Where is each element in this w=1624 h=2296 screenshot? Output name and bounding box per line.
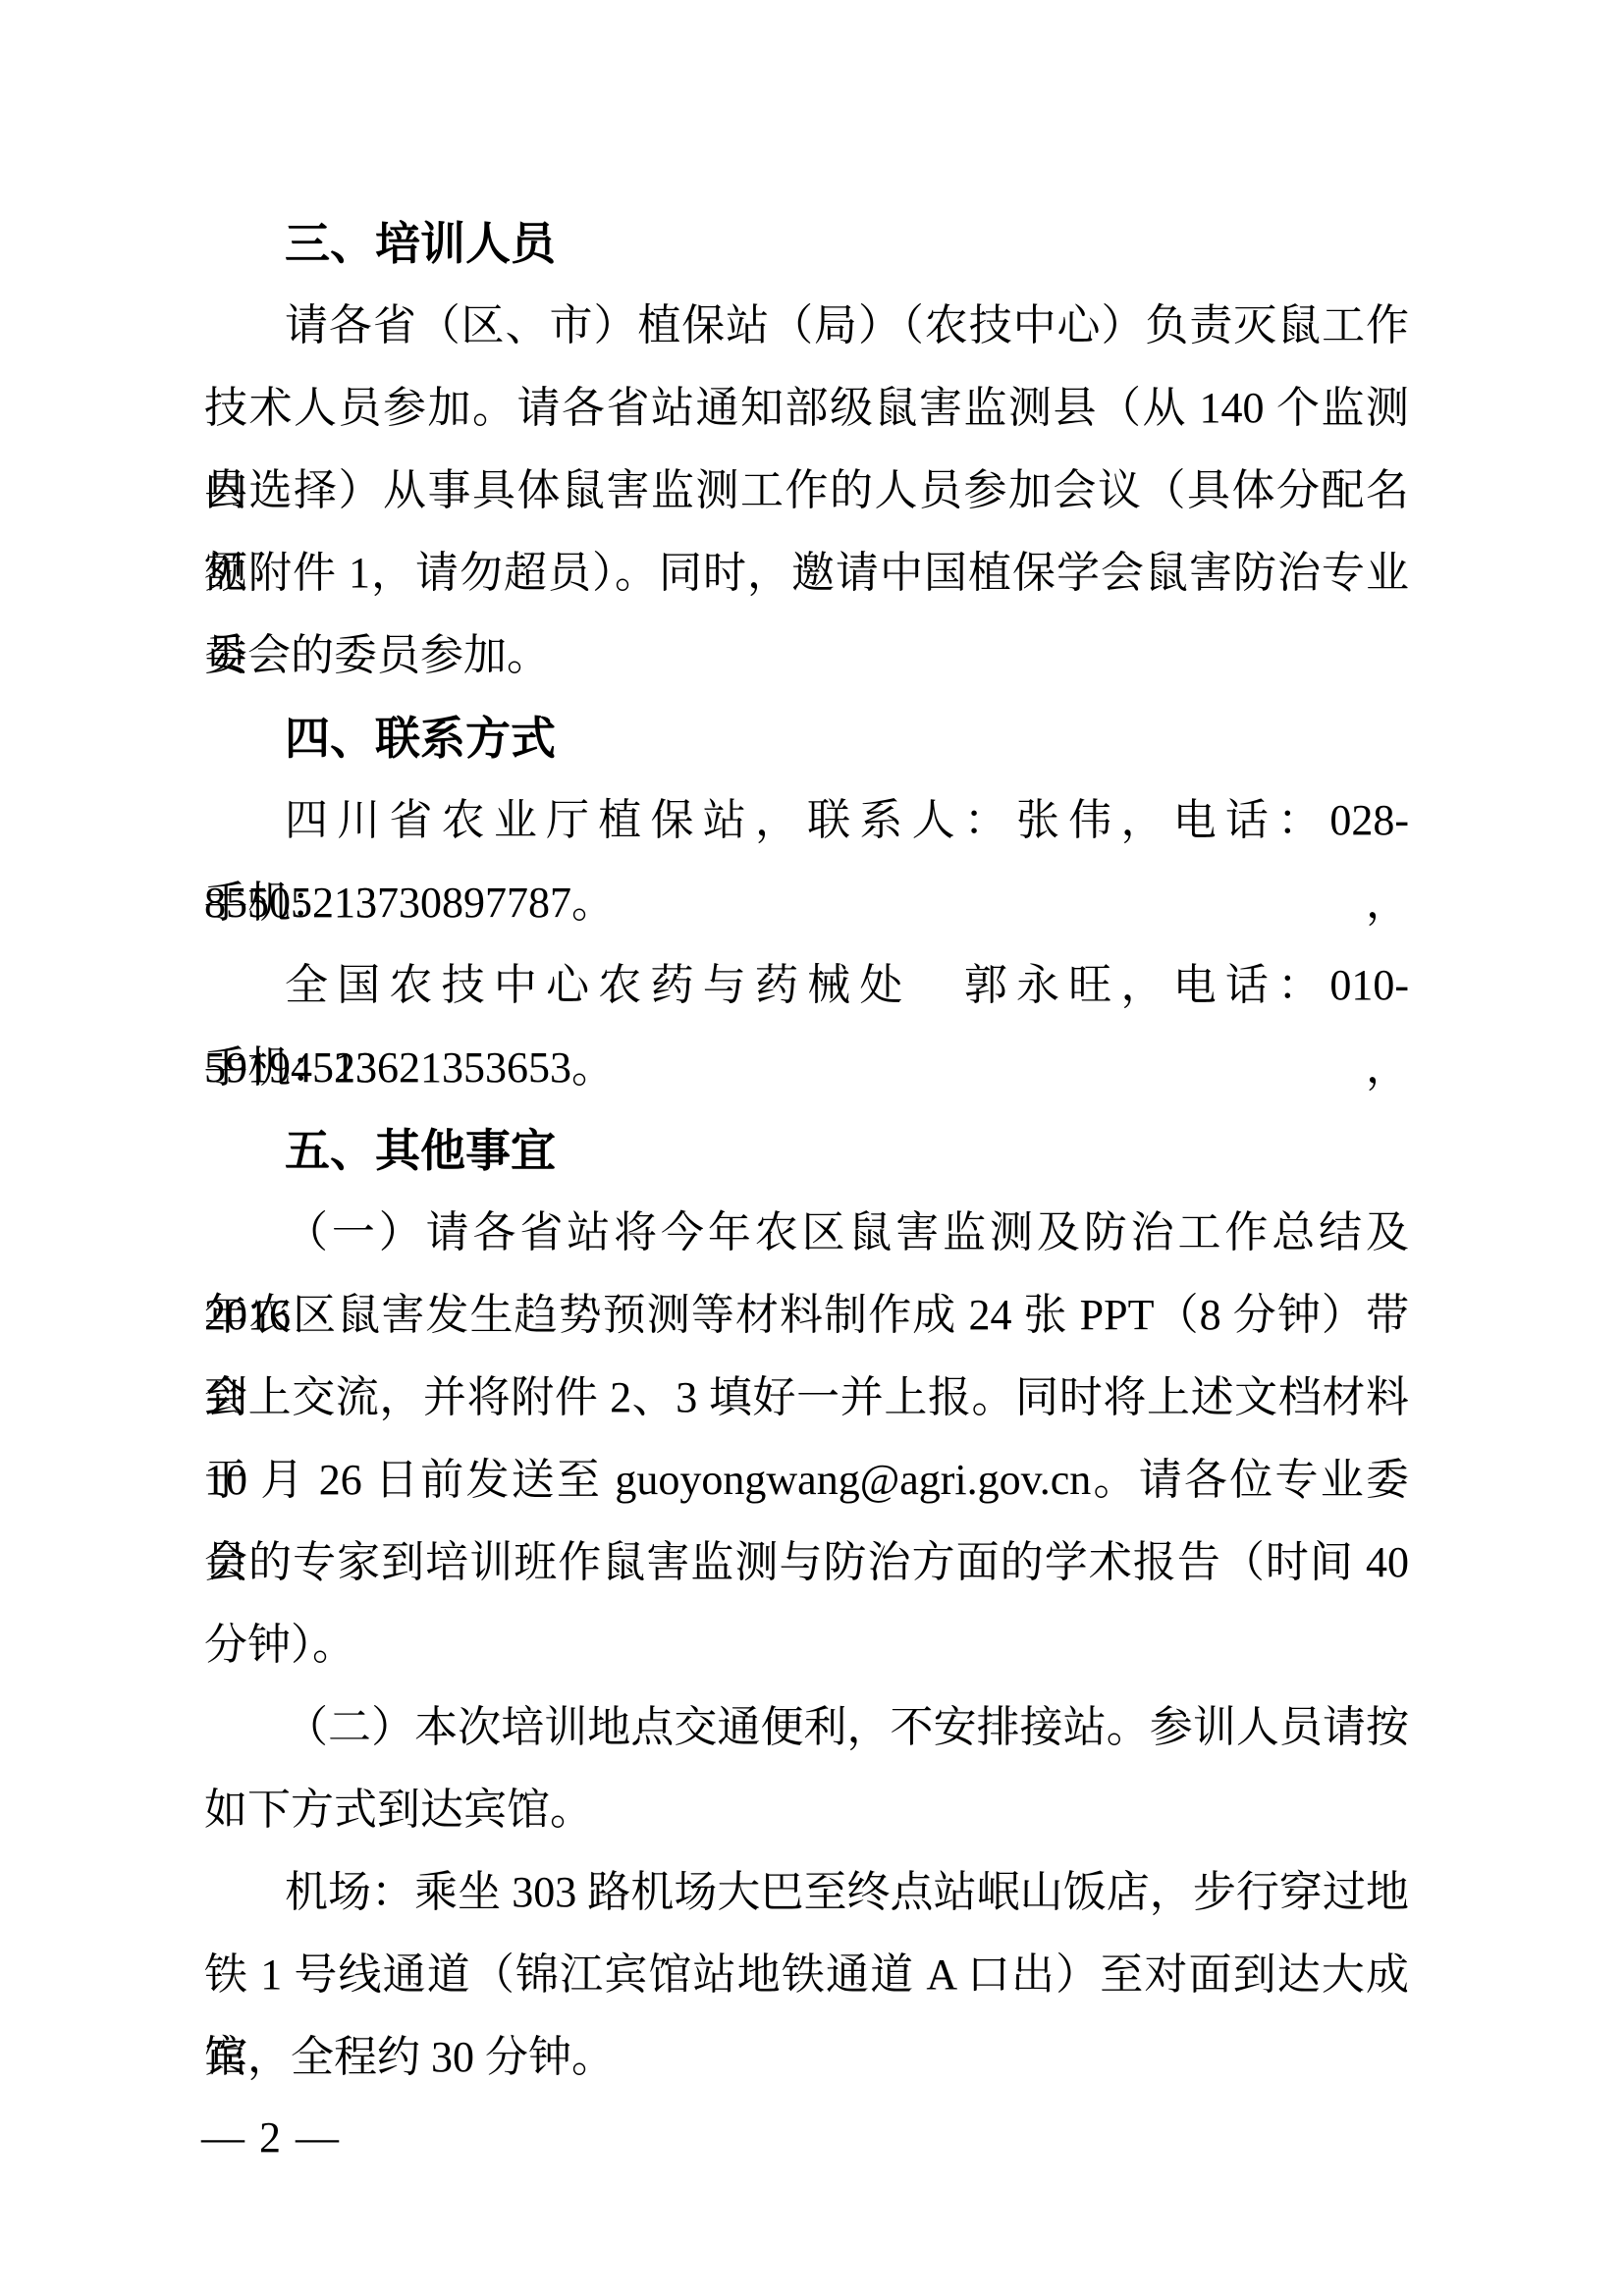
text-line: 请各省（区、市）植保站（局）（农技中心）负责灭鼠工作 [204,285,1409,367]
section-heading-contact-info: 四、联系方式 [204,697,1409,779]
text-line: 全国农技中心农药与药械处 郭永旺，电话：010-59194523， [204,944,1409,1027]
text-line: 会的专家到培训班作鼠害监测与防治方面的学术报告（时间 40 [204,1522,1409,1604]
text-line: 机场：乘坐 303 路机场大巴至终点站岷山饭店，步行穿过地 [204,1851,1409,1934]
text-line: （二）本次培训地点交通便利，不安排接站。参训人员请按 [204,1686,1409,1769]
text-line: 会上交流，并将附件 2、3 填好一并上报。同时将上述文档材料于 [204,1357,1409,1439]
text-line: 如下方式到达宾馆。 [204,1769,1409,1851]
page-number: — 2 — [201,2097,341,2179]
text-line: 四川省农业厅植保站，联系人：张伟，电话：028-85505213， [204,779,1409,862]
text-line: （一）请各省站将今年农区鼠害监测及防治工作总结及 2016 [204,1192,1409,1274]
text-line: 内选择）从事具体鼠害监测工作的人员参加会议（具体分配名额 [204,450,1409,532]
text-line: 技术人员参加。请各省站通知部级鼠害监测县（从 140 个监测县 [204,367,1409,450]
document-body: 三、培训人员 请各省（区、市）植保站（局）（农技中心）负责灭鼠工作 技术人员参加… [204,202,1409,2099]
text-line: 铁 1 号线通道（锦江宾馆站地铁通道 A 口出）至对面到达大成宾 [204,1934,1409,2016]
section-heading-training-personnel: 三、培训人员 [204,202,1409,285]
text-line: 分钟）。 [204,1604,1409,1686]
document-page: 三、培训人员 请各省（区、市）植保站（局）（农技中心）负责灭鼠工作 技术人员参加… [0,0,1624,2296]
text-line: 见附件 1，请勿超员）。同时，邀请中国植保学会鼠害防治专业委 [204,532,1409,614]
text-line: 年农区鼠害发生趋势预测等材料制作成 24 张 PPT（8 分钟）带到 [204,1274,1409,1357]
text-line: 员会的委员参加。 [204,614,1409,697]
text-line: 10 月 26 日前发送至 guoyongwang@agri.gov.cn。请各… [204,1439,1409,1522]
text-line: 馆，全程约 30 分钟。 [204,2016,1409,2099]
section-heading-other-matters: 五、其他事宜 [204,1109,1409,1192]
